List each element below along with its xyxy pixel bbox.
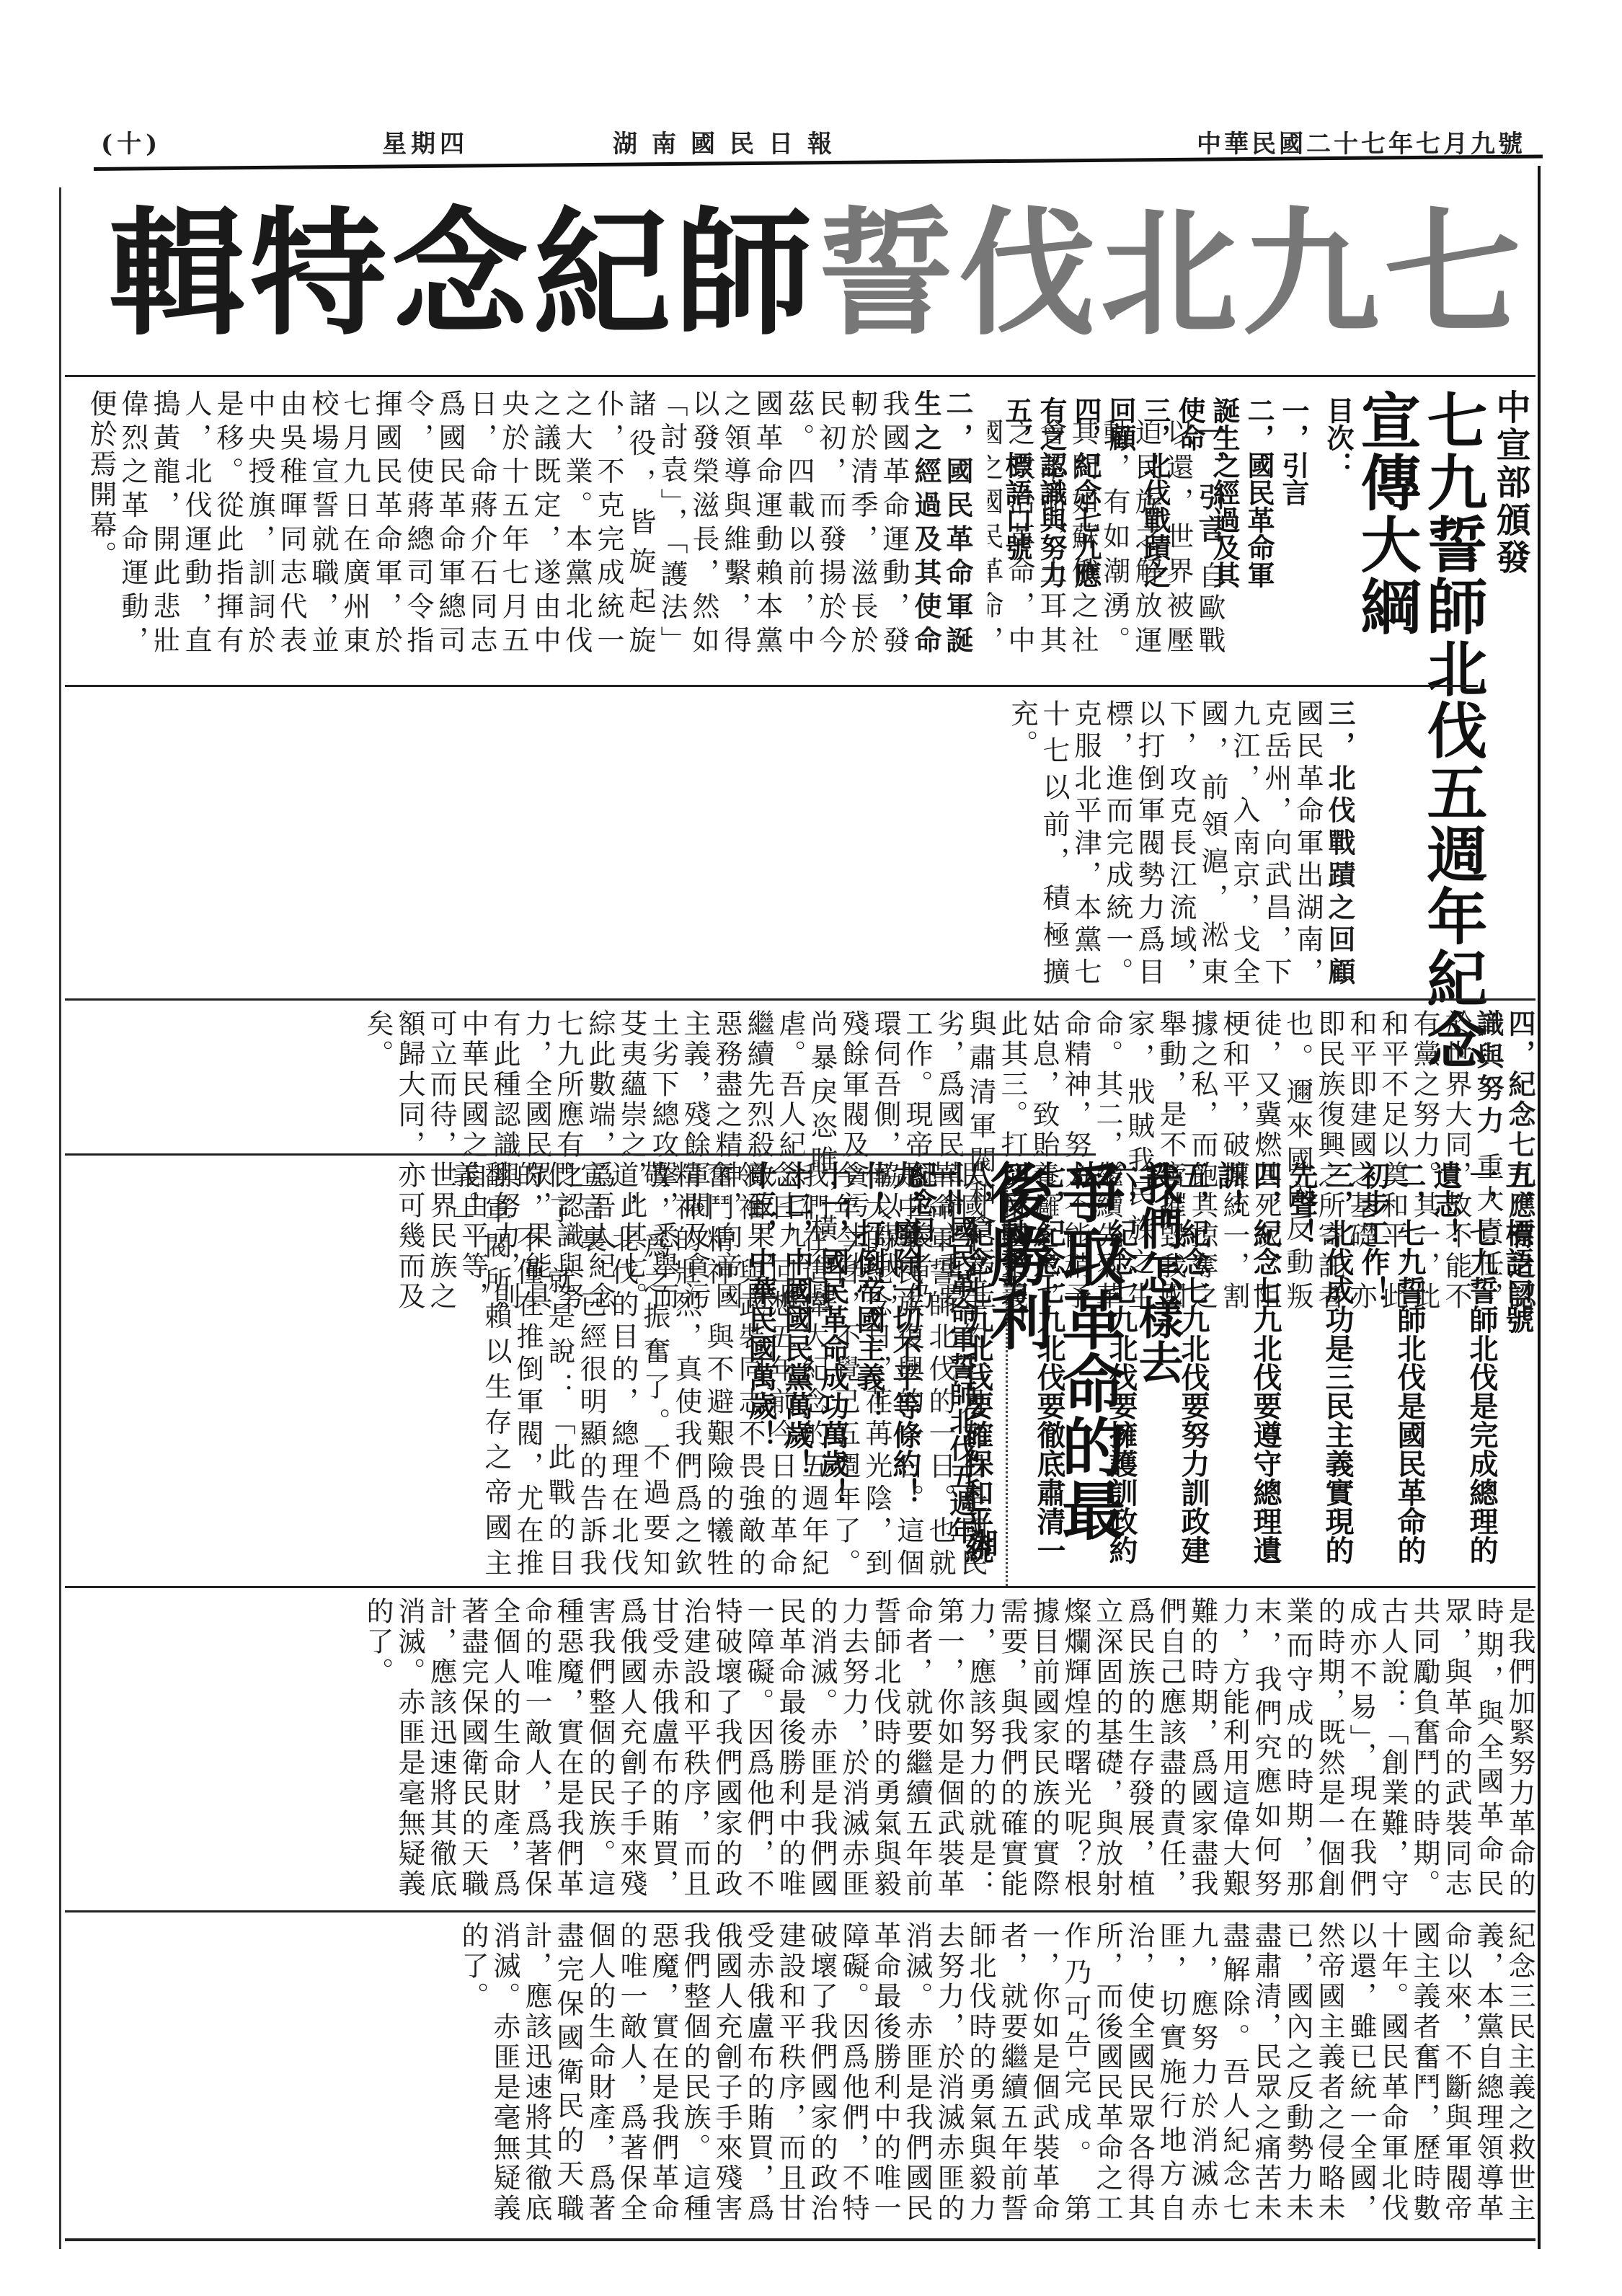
column-rule — [65, 685, 1478, 687]
banner-char: 九 — [1242, 205, 1379, 342]
banner-char: 特 — [250, 205, 387, 342]
paragraph-text: 紀念三民主義之救世主義，本黨自總理領導革命以來，不斷與軍閥帝國主義者奮鬥，歷時數… — [1060, 1921, 1535, 2224]
section-heading: 三，北伐戰蹟之回顧 — [1324, 699, 1355, 988]
lower-excerpt: 紀念三民主義之救世主義，本黨自總理領導革命以來，不斷與軍閥帝國主義者奮鬥，歷時數… — [94, 1921, 1535, 2224]
section-intro: 一，引言 自歐戰以還，世界被壓迫民族之解放運動，有如潮湧。其間如蘇俄之社會革命，… — [988, 418, 1226, 656]
paragraph-text: 第一，你如是個武裝革命者，就要繼續五年前誓師北伐時的勇氣與毅力去努力，於消滅赤匪… — [457, 1921, 1091, 2224]
left-border-rule — [59, 187, 61, 2249]
section-text: 國民革命軍出湖南，克岳州，向武昌，下九江，入南京，戈全國，前領滬，淞東下，攻克長… — [1006, 699, 1324, 988]
slogan: 一，七九誓師北伐是完成總理的遺志！ — [1427, 1161, 1499, 1586]
paragraph-text: 是我們加緊努力革命的時期，與全國革命民眾，與革命的武裝同志共同勵負奮鬥的時期。古… — [965, 1597, 1535, 1900]
slogan: 六，紀念七九北伐要擁護訓政約法！ — [1067, 1161, 1139, 1586]
section-northern-expedition-review: 三，北伐戰蹟之回顧 國民革命軍出湖南，克岳州，向武昌，下九江，入南京，戈全國，前… — [94, 699, 1355, 988]
slogan: 五，紀念七九北伐要努力訓政建設！ — [1139, 1161, 1211, 1586]
column-rule — [65, 1586, 1535, 1588]
article1-headline: 中宣部頒發 七九誓師北伐五週年紀念宣傳大綱 — [1353, 389, 1535, 1110]
banner-char: 北 — [1101, 205, 1238, 342]
weekday: 星期四 — [382, 124, 469, 159]
article2-paragraph: 是我們加緊努力革命的時期，與全國革命民眾，與革命的武裝同志共同勵負奮鬥的時期。古… — [94, 1597, 1535, 1900]
page-number: (十) — [101, 124, 161, 159]
banner-char: 師 — [675, 205, 812, 342]
banner-char: 念 — [391, 205, 528, 342]
issuer: 中宣部頒發 — [1486, 389, 1535, 1110]
banner-char: 伐 — [959, 205, 1096, 342]
page-bottom-rule — [65, 2238, 1535, 2241]
toc-label: 目次： — [1321, 396, 1355, 598]
section-text: 自歐戰以還，世界被壓迫民族之解放運動，有如潮湧。其間如蘇俄之社會革命，土耳其之政… — [988, 418, 1226, 656]
article2-paragraph: 民國十五年的七月九日是國民革命軍誓師北伐的一日。也就是中華民族復興的一日。這個偉… — [94, 1161, 988, 1579]
section-text: 我國革命運動，發軔於清季，滋長於民初，而發揚於今茲。四載以前，中國革命運動賴本黨… — [87, 389, 910, 656]
masthead: (十) 星期四 湖南國民日報 中華民國二十七年七月九號 — [94, 115, 1535, 166]
column-rule — [65, 1153, 1096, 1156]
section-heading: 五，標語口號 — [1499, 1161, 1535, 1586]
banner-char: 七 — [1384, 205, 1521, 342]
paragraph-text: 第一，你如是個武裝革命者，就要繼續五年前誓師北伐時的勇氣與毅力去努力，於消滅赤匪… — [362, 1597, 965, 1900]
slogan: 二，七九誓師北伐是國民革命的初步工作！ — [1355, 1161, 1427, 1586]
special-issue-banner: 七 九 北 伐 誓 師 紀 念 特 輯 — [108, 187, 1521, 360]
slogans-list: 五，標語口號 一，七九誓師北伐是完成總理的遺志！ 二，七九誓師北伐是國民革命的初… — [1197, 1161, 1535, 1586]
newspaper-name: 湖南國民日報 — [613, 124, 846, 159]
section-nra-birth: 二，國民革命軍誕生之經過及其使命 我國革命運動，發軔於清季，滋長於民初，而發揚於… — [87, 389, 973, 656]
paragraph-text: 民國十五年的七月九日是國民革命軍誓師北伐的一日。也就是中華民族復興的一日。這個偉… — [448, 1161, 988, 1579]
section-heading: 一，引言 — [1194, 418, 1226, 547]
slogan: 三，北伐成功是三民主義實現的先聲！ — [1283, 1161, 1355, 1586]
column-rule — [65, 998, 1535, 1001]
column-rule — [65, 1910, 1535, 1912]
banner-char: 紀 — [533, 205, 670, 342]
section-heading: 二，國民革命軍誕生之經過及其使命 — [910, 389, 973, 656]
issue-date: 中華民國二十七年七月九號 — [1197, 124, 1525, 159]
banner-bottom-rule — [65, 375, 1535, 377]
newspaper-page: (十) 星期四 湖南國民日報 中華民國二十七年七月九號 七 九 北 伐 誓 師 … — [94, 115, 1535, 2249]
slogan: 四，紀念七九北伐要遵守總理遺訓！ — [1211, 1161, 1283, 1586]
slogan: 七，紀念七九北伐要徹底肅清一切反動勢力！ — [995, 1161, 1067, 1586]
banner-char: 誓 — [817, 205, 954, 342]
banner-char: 輯 — [108, 205, 245, 342]
right-border-rule — [1538, 166, 1541, 2249]
headline: 七九誓師北伐五週年紀念宣傳大綱 — [1353, 389, 1486, 1110]
toc-item: 一，引言 — [1276, 396, 1311, 598]
